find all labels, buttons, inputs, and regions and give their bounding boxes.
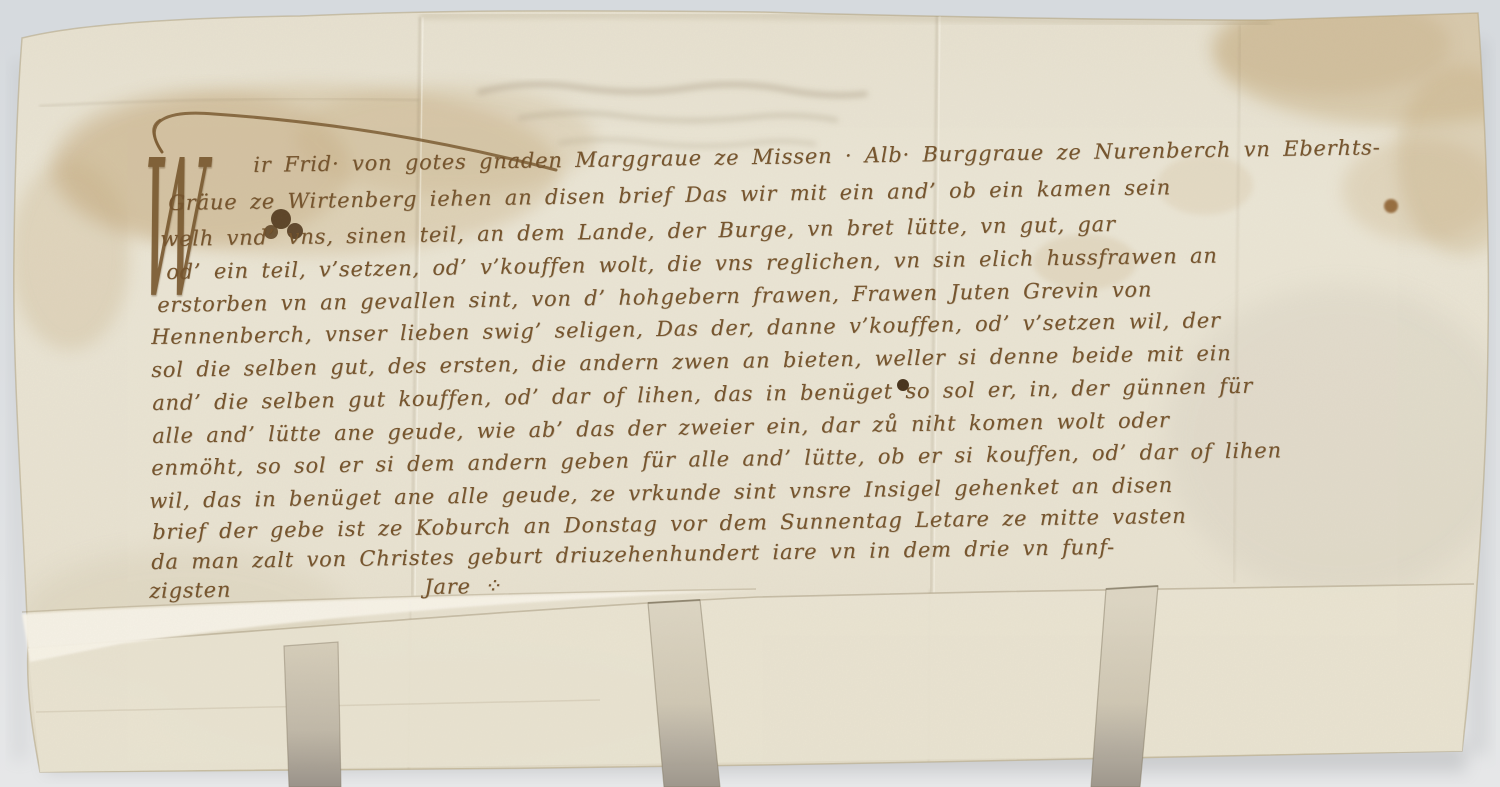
manuscript-line: zigsten — [149, 575, 321, 604]
manuscript-line: Jare ⁘ — [424, 571, 634, 600]
manuscript-photo: W ir Frid· von gotes gnaden Marggraue ze… — [0, 0, 1500, 787]
